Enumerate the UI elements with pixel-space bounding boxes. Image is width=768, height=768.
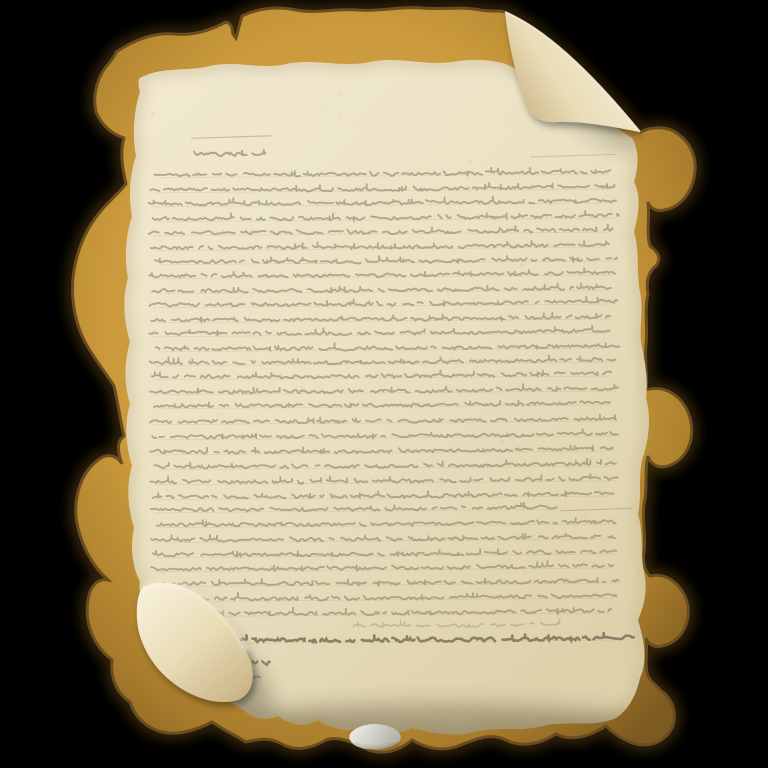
speckle-dot — [435, 490, 437, 492]
speckle-dot — [620, 283, 623, 286]
speckle-dot — [397, 385, 399, 387]
speckle-dot — [319, 107, 322, 110]
speckle-dot — [349, 239, 351, 241]
speckle-dot — [330, 558, 333, 561]
speckle-dot — [339, 93, 343, 97]
speckle-dot — [476, 285, 479, 288]
parchment-sheet — [72, 8, 695, 760]
parchment-illustration — [0, 0, 768, 768]
speckle-dot — [312, 147, 314, 149]
speckle-dot — [362, 444, 365, 447]
speckle-dot — [411, 526, 414, 529]
speckle-dot — [458, 504, 460, 506]
speckle-dot — [347, 367, 350, 370]
speckle-dot — [306, 593, 309, 596]
speckle-dot — [182, 94, 184, 96]
parchment-emoji-scene: Old parchment document with burnt golden… — [0, 0, 768, 768]
speckle-dot — [475, 660, 478, 663]
speckle-dot — [531, 216, 534, 219]
speckle-dot — [234, 344, 237, 347]
speckle-dot — [151, 112, 154, 115]
speckle-dot — [520, 264, 523, 267]
speckle-dot — [619, 395, 622, 398]
speckle-dot — [172, 206, 174, 208]
speckle-dot — [598, 372, 600, 374]
speckle-dot — [333, 610, 336, 613]
speckle-dot — [412, 582, 415, 585]
speckle-dot — [543, 451, 546, 454]
speckle-dot — [161, 572, 164, 575]
speckle-dot — [412, 320, 414, 322]
speckle-dot — [253, 260, 255, 262]
speckle-dot — [558, 156, 561, 159]
speckle-dot — [513, 342, 515, 344]
speckle-dot — [584, 515, 587, 518]
speckle-dot — [533, 444, 535, 446]
speckle-dot — [401, 474, 404, 477]
speckle-dot — [513, 159, 515, 161]
speckle-dot — [403, 471, 406, 474]
speckle-dot — [195, 430, 198, 433]
speckle-dot — [501, 439, 504, 442]
speckle-dot — [556, 125, 558, 127]
speckle-dot — [217, 215, 220, 218]
speckle-dot — [436, 200, 440, 204]
speckle-dot — [383, 488, 386, 491]
speckle-dot — [517, 91, 520, 94]
speckle-dot — [565, 500, 567, 502]
speckle-dot — [412, 521, 415, 524]
speckle-dot — [217, 413, 220, 416]
speckle-dot — [269, 298, 272, 301]
speckle-dot — [220, 334, 223, 337]
speckle-dot — [367, 269, 370, 272]
speckle-dot — [165, 488, 169, 492]
speckle-dot — [197, 528, 200, 531]
speckle-dot — [361, 274, 363, 276]
speckle-dot — [266, 599, 269, 602]
speckle-dot — [465, 372, 468, 375]
speckle-dot — [390, 306, 393, 309]
speckle-dot — [591, 357, 593, 359]
speckle-dot — [145, 469, 148, 472]
speckle-dot — [476, 366, 478, 368]
speckle-dot — [269, 551, 272, 554]
speckle-dot — [339, 117, 342, 120]
speckle-dot — [301, 386, 304, 389]
speckle-dot — [446, 293, 449, 296]
speckle-dot — [474, 304, 476, 306]
speckle-dot — [386, 256, 388, 258]
speckle-dot — [393, 225, 395, 227]
speckle-dot — [521, 148, 524, 151]
speckle-dot — [525, 633, 527, 635]
speckle-dot — [270, 205, 274, 209]
speckle-dot — [469, 160, 472, 163]
